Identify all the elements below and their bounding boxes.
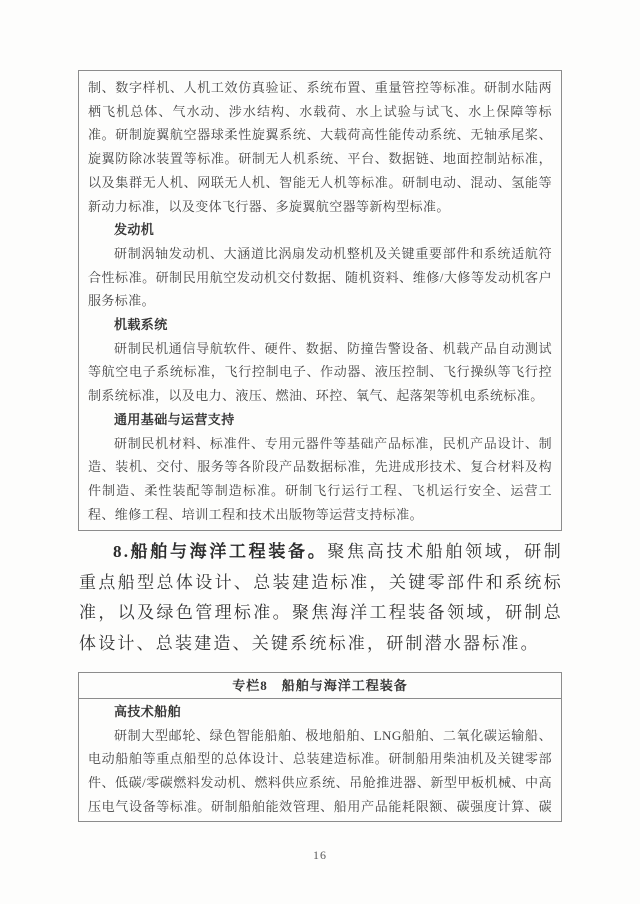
general-support-paragraph: 研制民机材料、标准件、专用元器件等基础产品标准，民机产品设计、制造、装机、交付、… [88, 432, 552, 527]
page-number: 16 [0, 848, 640, 863]
high-tech-ships-paragraph: 研制大型邮轮、绿色智能船舶、极地船舶、LNG船舶、二氧化碳运输船、电动船舶等重点… [88, 724, 552, 822]
aviation-body-paragraph: 制、数字样机、人机工效仿真验证、系统布置、重量管控等标准。研制水陆两栖飞机总体、… [88, 76, 552, 218]
aviation-standards-box: 制、数字样机、人机工效仿真验证、系统布置、重量管控等标准。研制水陆两栖飞机总体、… [78, 70, 562, 531]
engine-subheading: 发动机 [88, 218, 552, 242]
document-page: 制、数字样机、人机工效仿真验证、系统布置、重量管控等标准。研制水陆两栖飞机总体、… [0, 0, 640, 904]
high-tech-ships-subheading: 高技术船舶 [88, 700, 552, 724]
column-8-title: 专栏8 船舶与海洋工程装备 [79, 673, 561, 699]
general-support-subheading: 通用基础与运营支持 [88, 408, 552, 432]
section-8-paragraph: 8.船舶与海洋工程装备。聚焦高技术船舶领域，研制重点船型总体设计、总装建造标准，… [79, 537, 563, 659]
airborne-systems-subheading: 机载系统 [88, 313, 552, 337]
airborne-systems-paragraph: 研制民机通信导航软件、硬件、数据、防撞告警设备、机载产品自动测试等航空电子系统标… [88, 337, 552, 408]
engine-paragraph: 研制涡轴发动机、大涵道比涡扇发动机整机及关键重要部件和系统适航符合性标准。研制民… [88, 242, 552, 313]
column-8-box: 专栏8 船舶与海洋工程装备 高技术船舶 研制大型邮轮、绿色智能船舶、极地船舶、L… [78, 672, 562, 822]
section-8-heading: 8.船舶与海洋工程装备。 [113, 542, 327, 561]
